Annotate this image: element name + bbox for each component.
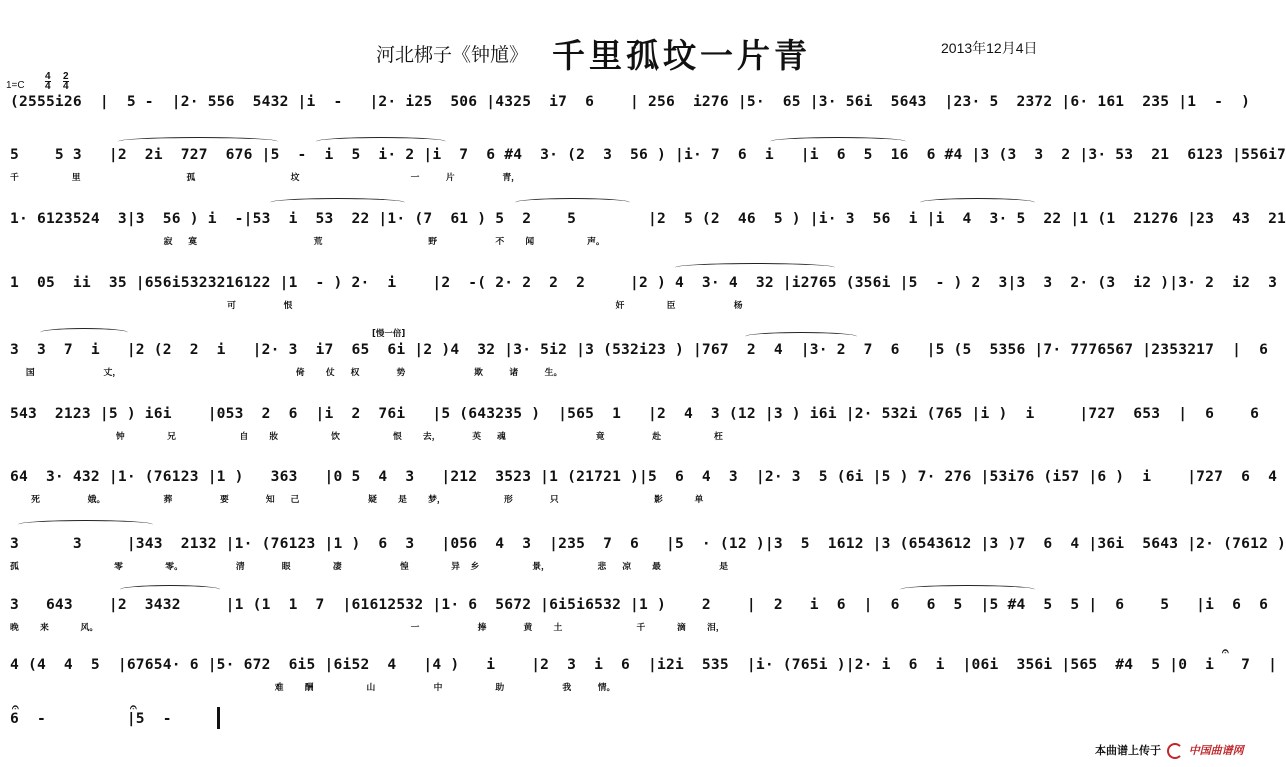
footer-prefix: 本曲谱上传于: [1095, 744, 1161, 757]
slur: [40, 328, 128, 337]
lyrics: 国 丈， 倚 仗 权 势 欺 诸 生。: [10, 365, 1280, 378]
source-footer: 本曲谱上传于 中国曲谱网: [1095, 742, 1244, 759]
lyrics: 千 里 孤 坟 一 片 青，: [10, 170, 1280, 183]
lyrics: 晚 来 风。 一 捧 黄 土 千 滴 泪，: [10, 620, 1280, 633]
slur: [515, 198, 630, 207]
notation: (2555i26 | 5 - |2· 556 5432 |i - |2· i25…: [10, 93, 1280, 110]
slur: [900, 585, 1035, 594]
slur: [120, 585, 220, 594]
notation: 1· 6123524 3|3 56 ) i -|53 i 53 22 |1· (…: [10, 210, 1280, 227]
final-barline: [217, 707, 220, 729]
notation: 1 05 ii 35 |656i5323216122 |1 - ) 2· i |…: [10, 274, 1280, 291]
site-brand[interactable]: 中国曲谱网: [1189, 744, 1244, 757]
slur: [745, 332, 857, 341]
notation: 4 (4 4 5 |67654· 6 |5· 672 6i5 |6i52 4 |…: [10, 656, 1280, 673]
score-line-9: 3 643 |2 3432 |1 (1 1 7 |61612532 |1· 6 …: [0, 596, 1286, 658]
slur: [118, 137, 278, 146]
lyrics: 寂 寞 荒 野 不 闻 声。: [10, 234, 1280, 247]
score-line-7: 64 3· 432 |1· (76123 |1 ) 363 |0 5 4 3 |…: [0, 468, 1286, 530]
upload-date: 2013年12月4日: [941, 38, 1038, 58]
time-signature-4-4: 44: [45, 72, 51, 91]
notation: 3 643 |2 3432 |1 (1 1 7 |61612532 |1· 6 …: [10, 596, 1280, 613]
slur: [18, 520, 153, 529]
score-line-5: 3 3 7 i |2 (2 2 i |2· 3 i7 65 6i |2 )4 3…: [0, 341, 1286, 403]
tempo-marking: [慢一倍]: [372, 327, 405, 339]
notation: 5 5 3 |2 2i 727 676 |5 - i 5 i· 2 |i 7 6…: [10, 146, 1280, 163]
fermata-icon: 𝄐: [12, 700, 19, 715]
fermata-icon: 𝄐: [130, 700, 137, 715]
opera-subtitle: 河北梆子《钟馗》: [376, 40, 528, 67]
score-line-6: 543 2123 |5 ) i6i |053 2 6 |i 2 76i |5 (…: [0, 405, 1286, 467]
slur: [316, 137, 446, 146]
lyrics: 死 娥。 葬 要 知 己 疑 是 梦， 形 只 影 单: [10, 492, 1280, 505]
lyrics: 难 酬 山 中 助 我 情。: [10, 680, 1280, 693]
fermata-icon: 𝄐: [1222, 644, 1229, 659]
notation: 6 - |5 -: [10, 710, 1280, 727]
song-title: 千里孤坟一片青: [552, 30, 811, 77]
notation: 64 3· 432 |1· (76123 |1 ) 363 |0 5 4 3 |…: [10, 468, 1280, 485]
score-line-2: 5 5 3 |2 2i 727 676 |5 - i 5 i· 2 |i 7 6…: [0, 146, 1286, 208]
lyrics: 孤 零 零。 清 眼 凄 惶 异 乡 景， 悲 凉 最 是: [10, 559, 1280, 572]
time-signature-2-4: 24: [63, 72, 69, 91]
notation: 3 3 7 i |2 (2 2 i |2· 3 i7 65 6i |2 )4 3…: [10, 341, 1280, 358]
score-line-11: 6 - |5 -: [0, 710, 1286, 767]
lyrics: 可 恨 奸 臣 杨: [10, 298, 1280, 311]
notation: 543 2123 |5 ) i6i |053 2 6 |i 2 76i |5 (…: [10, 405, 1280, 422]
score-line-4: 1 05 ii 35 |656i5323216122 |1 - ) 2· i |…: [0, 274, 1286, 336]
notation: 3 3 |343 2132 |1· (76123 |1 ) 6 3 |056 4…: [10, 535, 1280, 552]
slur: [675, 263, 835, 272]
slur: [270, 198, 405, 207]
slur: [770, 137, 906, 146]
score-line-3: 1· 6123524 3|3 56 ) i -|53 i 53 22 |1· (…: [0, 210, 1286, 272]
key-signature: 1=C: [6, 80, 25, 91]
site-logo-icon: [1167, 743, 1183, 759]
lyrics: 钟 兄 自 妝 饮 恨 去， 英 魂 竟 赴 枉: [10, 429, 1280, 442]
score-header: 河北梆子《钟馗》 千里孤坟一片青 2013年12月4日: [0, 0, 1286, 75]
slur: [920, 198, 1035, 207]
score-line-10: 4 (4 4 5 |67654· 6 |5· 672 6i5 |6i52 4 |…: [0, 656, 1286, 718]
